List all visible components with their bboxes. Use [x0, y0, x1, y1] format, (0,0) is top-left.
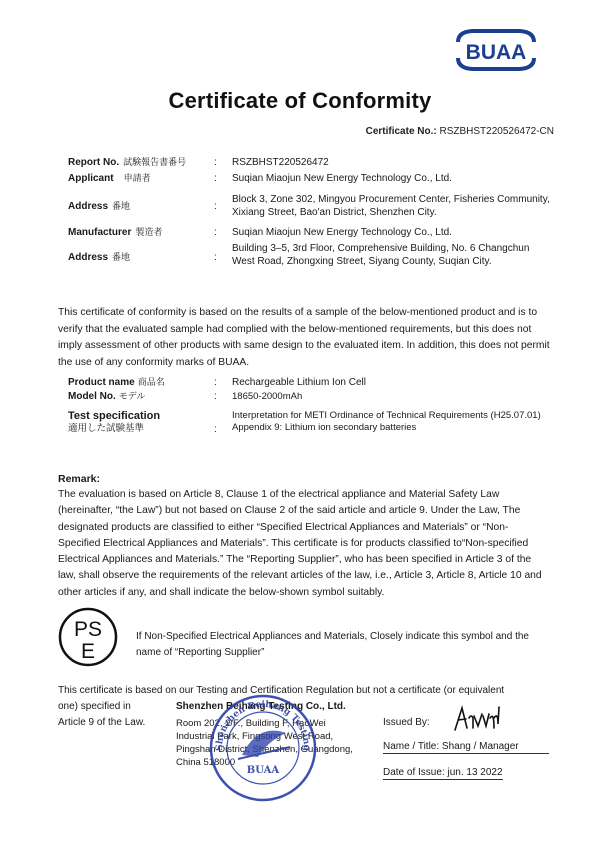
svg-text:PS: PS	[74, 618, 102, 641]
certificate-basis-line3: Article 9 of the Law.	[58, 717, 145, 728]
document-title: Certificate of Conformity	[0, 88, 600, 114]
svg-text:BUAA: BUAA	[466, 41, 527, 64]
remark-heading: Remark:	[58, 473, 100, 485]
remark-text: The evaluation is based on Article 8, Cl…	[58, 487, 550, 601]
svg-text:E: E	[81, 640, 95, 663]
name-title: Name / Title: Shang / Manager	[383, 741, 549, 754]
pse-mark-icon: PS E	[58, 607, 118, 667]
pse-note: If Non-Specified Electrical Appliances a…	[136, 629, 556, 661]
date-of-issue: Date of Issue: jun. 13 2022	[383, 767, 503, 780]
company-stamp-icon: BUAA Shenzhen Beihang Testing	[208, 693, 318, 803]
svg-text:BUAA: BUAA	[247, 765, 280, 776]
certificate-basis-line2: one) specified in	[58, 701, 131, 712]
issued-by-label: Issued By:	[383, 717, 430, 728]
buaa-logo: BUAA	[452, 28, 540, 72]
certificate-number: Certificate No.: RSZBHST220526472-CN	[366, 126, 554, 137]
intro-paragraph: This certificate of conformity is based …	[58, 305, 550, 371]
signature	[452, 704, 502, 734]
